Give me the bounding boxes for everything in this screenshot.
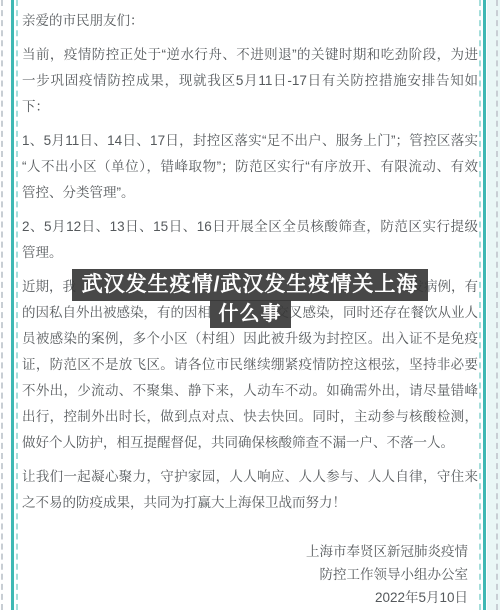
notice-body: 亲爱的市民朋友们： 当前，疫情防控正处于“逆水行舟、不进则退”的关键时期和吃劲阶… (22, 0, 478, 609)
right-outer-dashed-border (496, 0, 498, 610)
text-segment: 发病例，有 (411, 274, 479, 300)
text-line-partially-covered: 的因私自外出被感染，有的因相 交叉感染，同时还存在餐饮从业人 (22, 300, 478, 326)
text-line: 之不易的防疫成果，共同为打赢大上海保卫战而努力！ (22, 490, 478, 516)
signature-block: 上海市奉贤区新冠肺炎疫情 防控工作领导小组办公室 2022年5月10日 (22, 540, 478, 609)
text-line: 不外出，少流动、不聚集、静下来，人动车不动。如确需外出，请尽量错峰 (22, 378, 478, 404)
text-line: 1、5月11日、14日、17日，封控区落实“足不出户、服务上门”；管控区落实 (22, 128, 478, 154)
paragraph-closing: 让我们一起凝心聚力，守护家园，人人响应、人人参与、人人自律，守住来 之不易的防疫… (22, 464, 478, 516)
paragraph-greeting: 亲爱的市民朋友们： (22, 8, 478, 34)
text-line: 一步巩固疫情防控成果，现就我区5月11日-17日有关防控措施安排告知如 (22, 68, 478, 94)
text-line: 证，防范区不是放飞区。请各位市民继续绷紧疫情防控这根弦，坚持非必要 (22, 352, 478, 378)
right-teal-dashed-border (479, 0, 481, 610)
left-teal-solid-border (11, 0, 14, 610)
text-line: 做好个人防护，相互提醒督促，共同确保核酸筛查不漏一户、不落一人。 (22, 430, 478, 456)
text-segment: 的因私自外出被感染，有的因相 (22, 300, 211, 326)
signature-org-line-2: 防控工作领导小组办公室 (22, 563, 468, 586)
left-outer-dashed-border (1, 0, 3, 610)
paragraph-intro: 当前，疫情防控正处于“逆水行舟、不进则退”的关键时期和吃劲阶段，为进 一步巩固疫… (22, 42, 478, 120)
text-line: 管控、分类管理”。 (22, 180, 478, 206)
signature-date: 2022年5月10日 (22, 586, 468, 609)
text-line: 当前，疫情防控正处于“逆水行舟、不进则退”的关键时期和吃劲阶段，为进 (22, 42, 478, 68)
text-line: 下： (22, 94, 478, 120)
paragraph-measure-1: 1、5月11日、14日、17日，封控区落实“足不出户、服务上门”；管控区落实 “… (22, 128, 478, 206)
right-edge-wash (487, 0, 500, 610)
text-line: 出行，控制外出时长，做到点对点、快去快回。同时，主动参与核酸检测， (22, 404, 478, 430)
text-segment: 近期，我 (22, 274, 76, 300)
text-line: 管理。 (22, 240, 478, 266)
notice-page: 亲爱的市民朋友们： 当前，疫情防控正处于“逆水行舟、不进则退”的关键时期和吃劲阶… (0, 0, 500, 610)
paragraph-measure-2: 2、5月12日、13日、15日、16日开展全区全员核酸筛查，防范区实行提级 管理… (22, 214, 478, 266)
text-line: 让我们一起凝心聚力，守护家园，人人响应、人人参与、人人自律，守住来 (22, 464, 478, 490)
text-line: 2、5月12日、13日、15日、16日开展全区全员核酸筛查，防范区实行提级 (22, 214, 478, 240)
text-line-partially-covered: 近期，我 发病例，有 (22, 274, 478, 300)
left-teal-dashed-border (16, 0, 18, 610)
text-line: 员被感染的案例，多个小区（村组）因此被升级为封控区。出入证不是免疫 (22, 326, 478, 352)
paragraph-recent-cases: 近期，我 发病例，有 的因私自外出被感染，有的因相 交叉感染，同时还存在餐饮从业… (22, 274, 478, 456)
signature-org-line-1: 上海市奉贤区新冠肺炎疫情 (22, 540, 468, 563)
right-teal-solid-border (483, 0, 486, 610)
text-segment: 交叉感染，同时还存在餐饮从业人 (276, 300, 479, 326)
greeting-line: 亲爱的市民朋友们： (22, 8, 478, 34)
text-line: “人不出小区（单位），错峰取物”；防范区实行“有序放开、有限流动、有效 (22, 154, 478, 180)
